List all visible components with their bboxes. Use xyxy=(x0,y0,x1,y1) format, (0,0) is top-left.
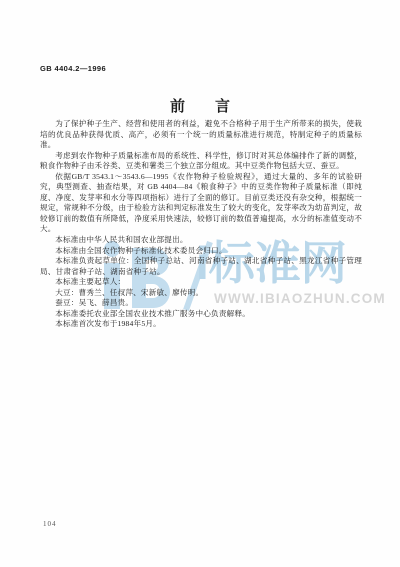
paragraph: 本标准由中华人民共和国农业部提出。 xyxy=(40,235,362,246)
paragraph: 为了保护种子生产、经营和使用者的利益，避免不合格种子用于生产所带来的损失，使栽培… xyxy=(40,119,362,151)
paragraph: 本标准主要起草人： xyxy=(40,277,362,288)
page-number: 104 xyxy=(43,520,57,528)
paragraph: 本标准首次发布于1984年5月。 xyxy=(40,319,362,330)
page-title: 前 言 xyxy=(0,95,400,116)
foreword-body: 为了保护种子生产、经营和使用者的利益，避免不合格种子用于生产所带来的损失，使栽培… xyxy=(40,119,362,330)
paragraph: 本标准由全国农作物种子标准化技术委员会归口。 xyxy=(40,246,362,257)
document-page: i标准网 WWW.IBIAOZHUN.COM GB 4404.2—1996 前 … xyxy=(0,0,400,567)
paragraph: 本标准负责起草单位：全国种子总站、河南省种子站、湖北省种子站、黑龙江省种子管理局… xyxy=(40,256,362,277)
paragraph: 大豆：曹秀兰、任叔萍、宋新敏、廖传明。 xyxy=(40,288,362,299)
paragraph: 依据GB/T 3543.1～3543.6—1995《农作物种子检验规程》，通过大… xyxy=(40,172,362,235)
standard-code: GB 4404.2—1996 xyxy=(40,64,106,73)
paragraph: 考虑到农作物种子质量标准布局的系统性、科学性，修订时对其总体编排作了新的调整，粮… xyxy=(40,151,362,172)
paragraph: 蚕豆：吴飞、薛昌贵。 xyxy=(40,298,362,309)
paragraph: 本标准委托农业部全国农业技术推广服务中心负责解释。 xyxy=(40,309,362,320)
